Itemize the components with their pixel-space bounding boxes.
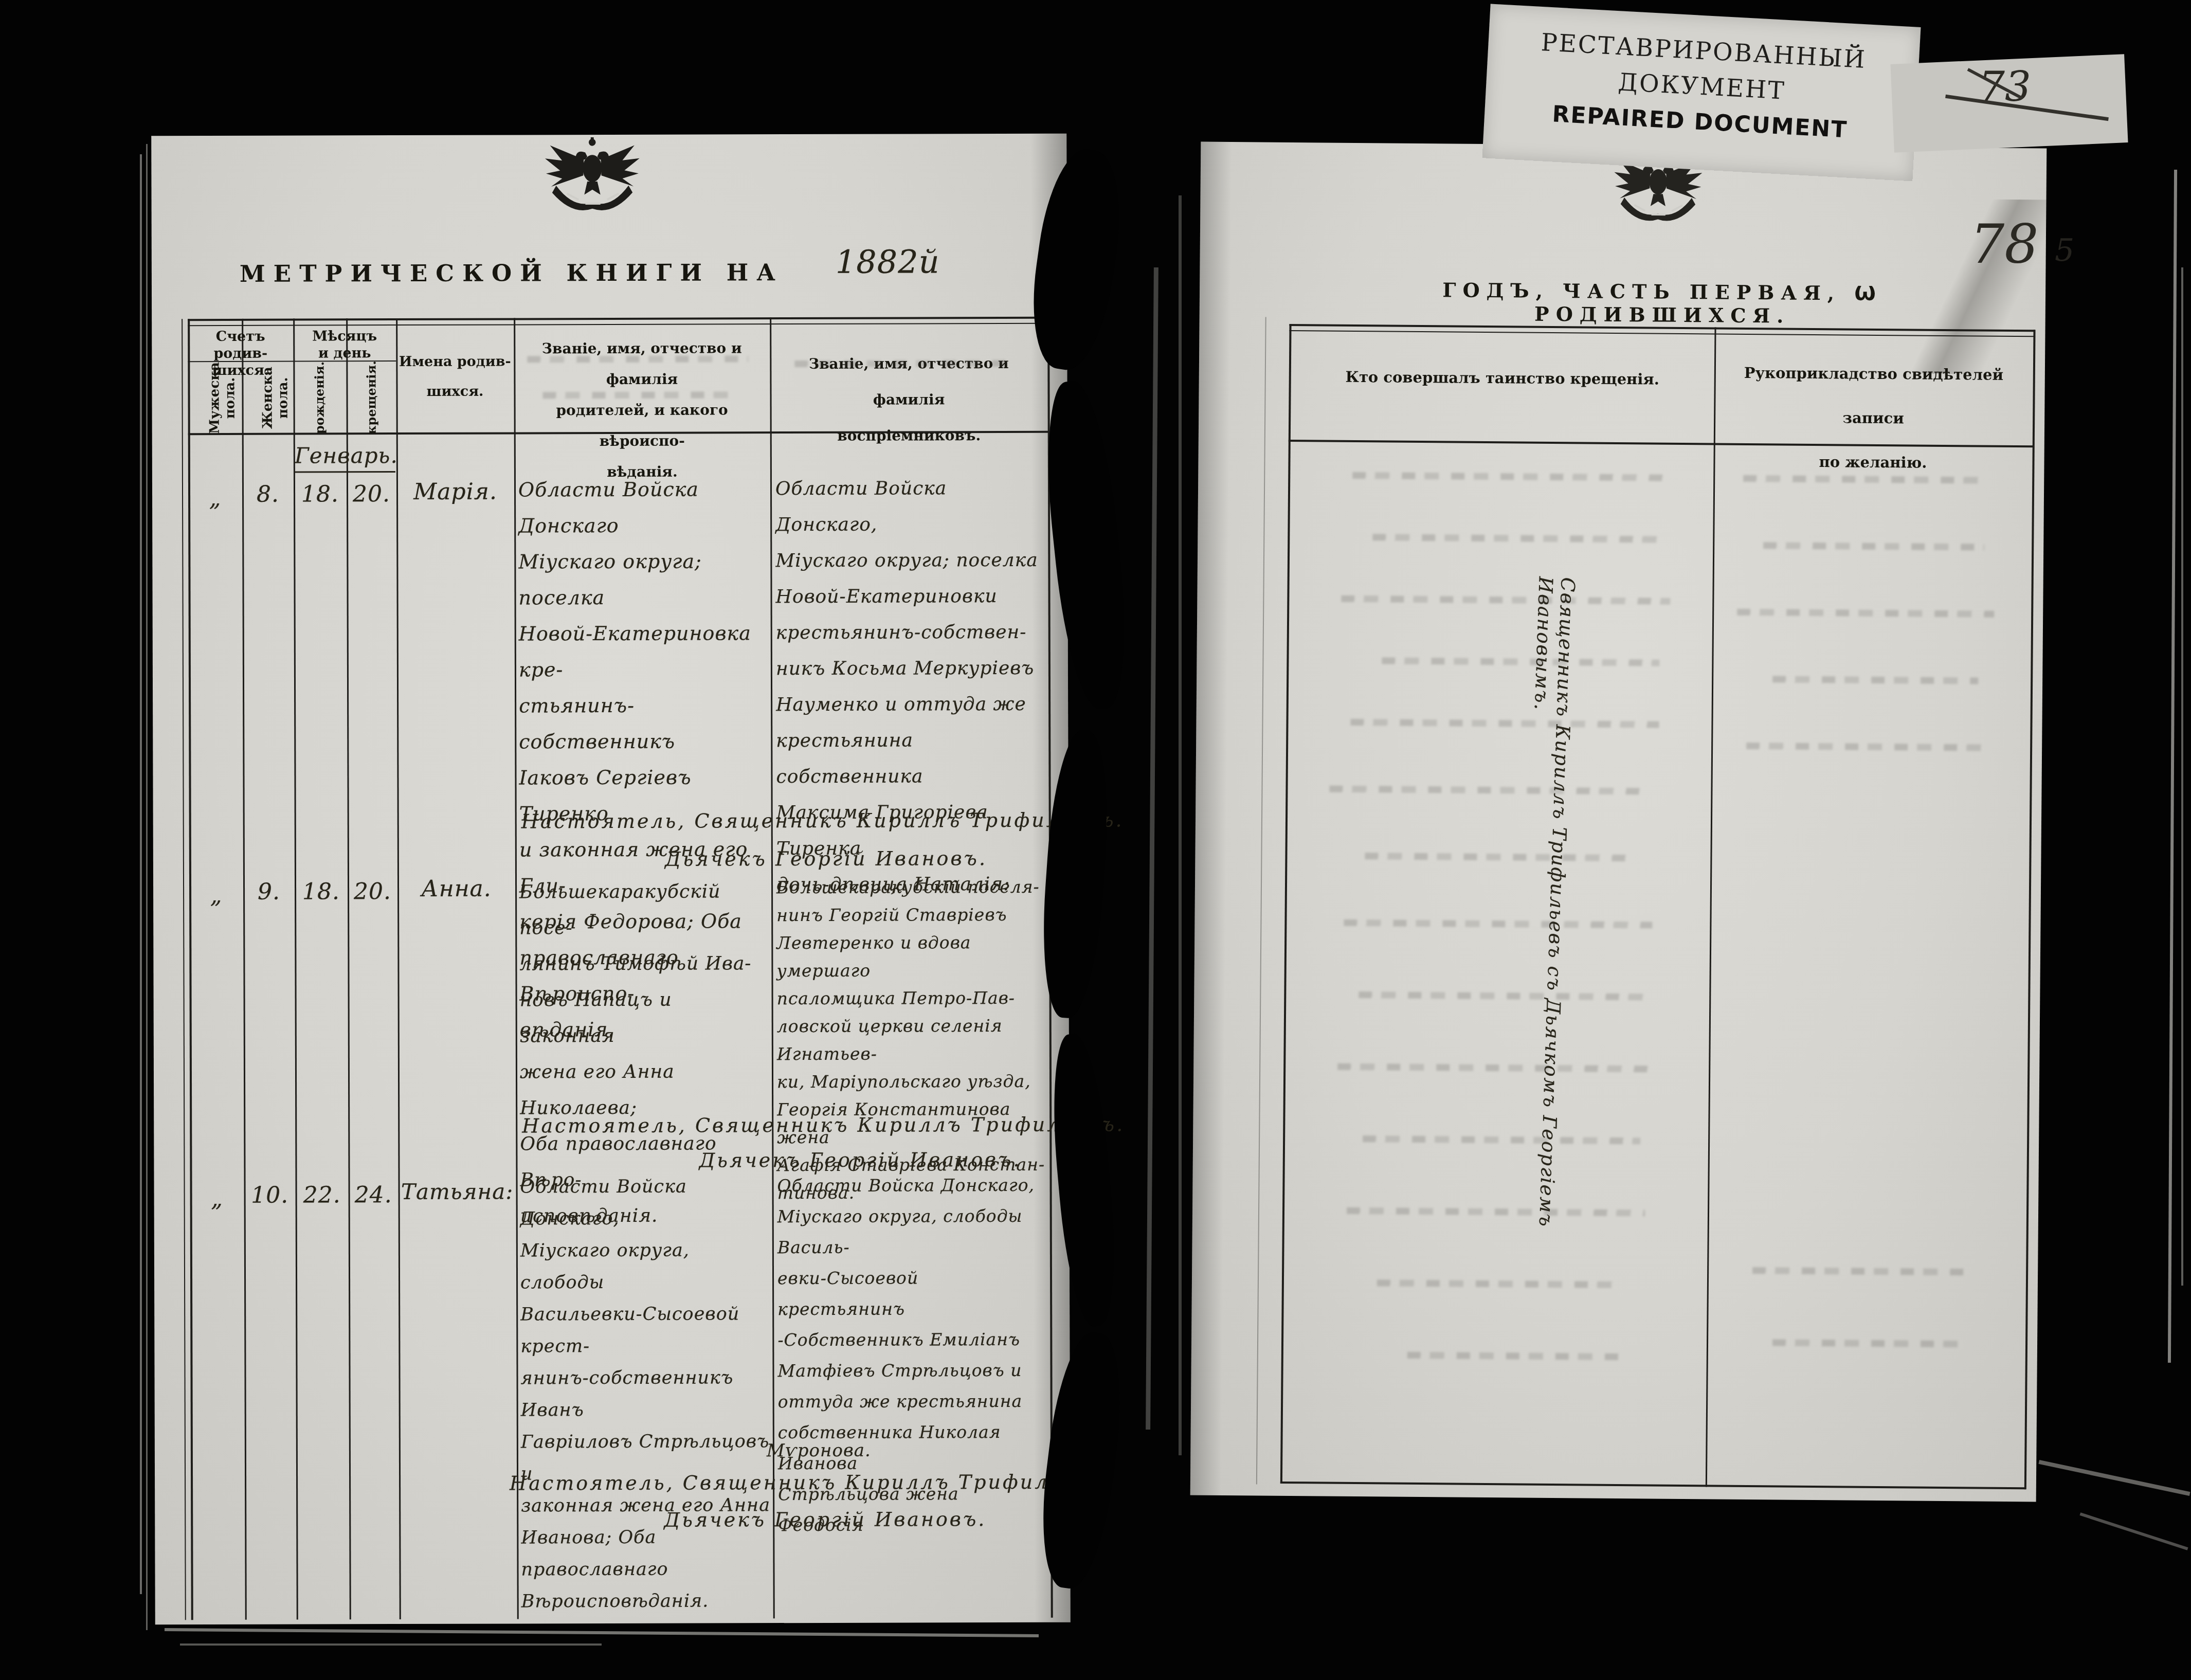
bottom-page-edge <box>180 1643 602 1646</box>
record3-parents: Области Войска Донскаго, Міускаго округа… <box>520 1170 771 1617</box>
fore-edge-sliver <box>2168 170 2177 1363</box>
bleedthrough-line <box>527 355 748 363</box>
bleedthrough-line <box>1359 991 1646 1000</box>
bleedthrough-line <box>1372 534 1660 543</box>
imperial-eagle-emblem <box>537 136 647 225</box>
bleedthrough-line <box>1377 1279 1624 1288</box>
header-male-rotated: Мужеска пола. <box>207 359 222 437</box>
bleedthrough-line <box>1752 1267 1968 1275</box>
table-top-border-2 <box>188 323 1049 326</box>
fore-edge-sliver <box>2181 267 2183 1286</box>
header-month-group: Мѣсяцъ и день <box>293 328 396 362</box>
record1-clergy-line2: Дьячекъ Георгій Ивановъ. <box>665 847 1076 871</box>
bottom-page-edge <box>165 1628 1039 1637</box>
bleedthrough-line <box>1337 1063 1656 1073</box>
header-signatures: Рукоприкладство свидѣтелей записи по жел… <box>1718 351 2028 486</box>
record2-female-count: 9. <box>243 879 295 905</box>
table-line <box>242 319 247 1620</box>
bleedthrough-line <box>1763 542 1984 550</box>
record3-female-count: 10. <box>244 1182 296 1208</box>
bleedthrough-line <box>1344 919 1652 929</box>
bleedthrough-line <box>1382 657 1659 666</box>
header-names: Имена родив- шихся. <box>396 347 514 407</box>
month-header: Генварь. <box>295 443 395 473</box>
bleedthrough-line <box>1329 786 1648 795</box>
header-baptism-rotated: крещенія. <box>364 359 379 436</box>
folio-number: 78 <box>1970 213 2038 276</box>
bleedthrough-line <box>1407 1352 1623 1360</box>
record1-female-count: 8. <box>242 481 294 508</box>
bleedthrough-line <box>1746 743 1983 751</box>
paper-crease <box>1256 317 1266 1485</box>
table-line <box>1280 324 1292 1484</box>
table-bottom-border <box>1280 1482 2026 1489</box>
bleedthrough-line <box>1737 609 1994 618</box>
table-line <box>396 318 401 1619</box>
record2-birth-day: 18. <box>295 878 348 905</box>
record1-male-ditto: „ <box>188 485 242 512</box>
record2-name: Анна. <box>397 875 515 902</box>
table-line <box>188 319 193 1620</box>
bleedthrough-line <box>1772 676 1978 684</box>
page-edge-sliver <box>1146 267 1158 1430</box>
bleedthrough-line <box>1341 595 1670 605</box>
record2-clergy-line2: Дьячекъ Георгій Ивановъ. <box>699 1148 1110 1171</box>
header-count-group: Счетъ родив- шихся. <box>188 328 293 380</box>
year-handwritten: 1882й <box>836 243 940 281</box>
bleedthrough-line <box>1772 1339 1958 1347</box>
record1-baptism-day: 20. <box>347 481 396 507</box>
gutter-shadow-right-page <box>1190 142 1232 1495</box>
record1-birth-day: 18. <box>294 481 347 507</box>
record3-godparents-lastline: Мѵронова. <box>767 1440 871 1461</box>
bottom-right-sheet-edge <box>2079 1512 2188 1550</box>
table-top-border <box>188 317 1049 321</box>
record3-baptism-day: 24. <box>349 1182 399 1208</box>
bleedthrough-line <box>794 360 1010 367</box>
record2-baptism-day: 20. <box>348 878 397 905</box>
right-page: ГОДЪ, ЧАСТЬ ПЕРВАЯ, Ѡ РОДИВШИХСЯ. Кто со… <box>1190 142 2047 1502</box>
record1-godparents: Области Войска Донскаго, Міускаго округа… <box>775 471 1046 903</box>
header-female-rotated: Женска пола. <box>260 359 275 437</box>
table-line <box>182 319 186 1620</box>
bleedthrough-line <box>1352 472 1671 481</box>
table-line <box>346 318 351 1619</box>
record3-clergy-line2: Дьячекъ Георгій Ивановъ. <box>664 1508 1075 1531</box>
vertical-clergy-note: Священникъ Кириллъ Трифильевъ съ Дьячком… <box>1511 576 1579 1287</box>
bleedthrough-line <box>543 391 728 399</box>
bleedthrough-line <box>1363 1135 1640 1144</box>
table-line <box>1706 327 1716 1487</box>
record3-name: Татьяна: <box>399 1179 516 1204</box>
page-edge-sliver <box>1179 195 1182 1455</box>
header-officiant: Кто совершалъ таинство крещенія. <box>1294 368 1711 388</box>
record1-name: Марія. <box>396 478 514 505</box>
header-birth-rotated: рожденія. <box>312 359 327 436</box>
record3-male-ditto: „ <box>190 1186 244 1212</box>
bleedthrough-line <box>1365 853 1632 861</box>
bottom-right-sheet-edge <box>2038 1460 2190 1496</box>
bleedthrough-line <box>1350 719 1659 728</box>
table-line <box>2024 330 2036 1489</box>
metrical-book-scan: МЕТРИЧЕСКОЙ КНИГИ НА 1882й Счетъ родив- … <box>0 0 2191 1680</box>
left-page: МЕТРИЧЕСКОЙ КНИГИ НА 1882й Счетъ родив- … <box>151 134 1071 1625</box>
bleedthrough-line <box>1347 1207 1645 1217</box>
table-line <box>293 319 298 1620</box>
record2-male-ditto: „ <box>189 882 243 909</box>
folio-number-small: 5 <box>2055 232 2074 268</box>
right-page-title: ГОДЪ, ЧАСТЬ ПЕРВАЯ, Ѡ РОДИВШИХСЯ. <box>1333 278 1992 329</box>
stacked-page-edge <box>140 154 142 1594</box>
repaired-document-stamp: РЕСТАВРИРОВАННЫЙ ДОКУМЕНТ REPAIRED DOCUM… <box>1482 4 1921 182</box>
left-page-title: МЕТРИЧЕСКОЙ КНИГИ НА <box>229 259 794 287</box>
stacked-page-edge <box>146 144 148 1630</box>
record3-birth-day: 22. <box>296 1182 349 1208</box>
